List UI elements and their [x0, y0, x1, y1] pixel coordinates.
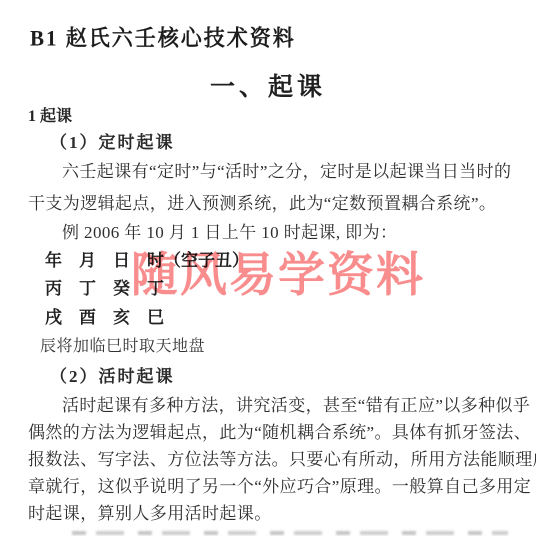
document-title: B1 赵氏六壬核心技术资料 — [30, 21, 296, 53]
red-watermark: 随风易学资料 — [131, 238, 425, 305]
paragraph-fixed-line-1: 六壬起课有“定时”与“活时”之分，定时是以起课当日当时的 — [62, 157, 511, 182]
paragraph-live-line-4: 章就行，这似乎说明了另一个“外应巧合”原理。一般算自己多用定 — [28, 472, 531, 497]
fixed-time-heading: （1）定时起课 — [50, 128, 175, 153]
paragraph-fixed-line-2: 干支为逻辑起点，进入预测系统，此为“定数预置耦合系统”。 — [28, 189, 496, 214]
paragraph-live-line-3: 报数法、写字法、方位法等方法。只要心有所动，所用方法能顺理成 — [28, 445, 536, 470]
paragraph-live-line-1: 活时起课有多种方法，讲究活变，甚至“错有正应”以多种似乎 — [62, 391, 530, 416]
section-heading: 一、起课 — [0, 67, 536, 103]
document-page: B1 赵氏六壬核心技术资料 一、起课 1 起课 （1）定时起课 六壬起课有“定时… — [0, 0, 536, 536]
pillars-branches-row: 戌 酉 亥 巳 — [45, 303, 164, 328]
subsection-label: 1 起课 — [28, 103, 72, 126]
live-time-heading: （2）活时起课 — [50, 362, 175, 387]
paragraph-live-line-2: 偶然的方法为逻辑起点，此为“随机耦合系统”。具体有抓牙签法、 — [28, 418, 531, 443]
paragraph-live-line-5: 时起课，算别人多用活时起课。 — [28, 499, 272, 524]
cut-off-next-line — [72, 531, 508, 535]
heaven-earth-plate-note: 辰将加临巳时取天地盘 — [40, 333, 205, 356]
